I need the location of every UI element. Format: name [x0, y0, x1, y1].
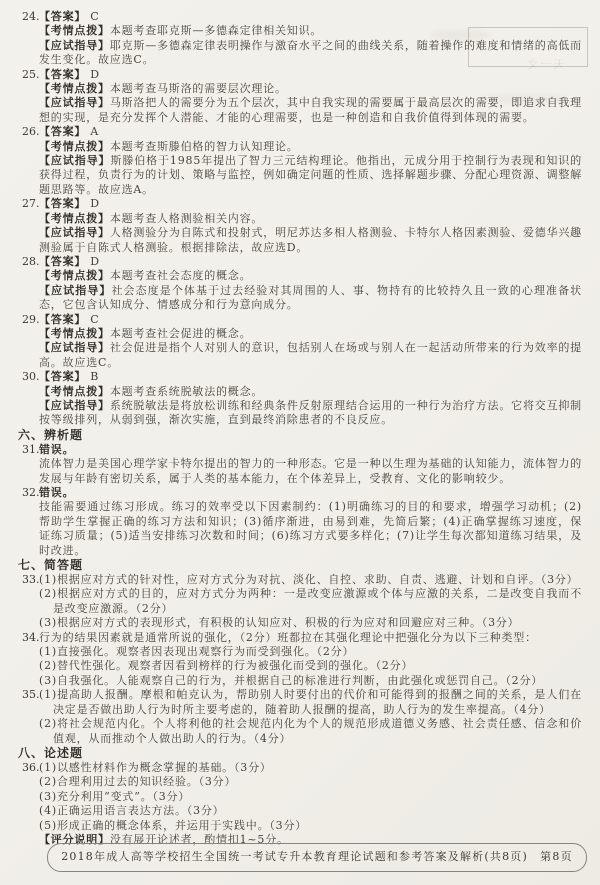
answer-label: 【答案】: [39, 313, 86, 326]
answer-intro: 行为的结果因素就是通常所说的强化，（2分）班都拉在其强化理论中把强化分为以下三种…: [39, 631, 582, 645]
answer-point: (2)替代性强化。观察者因看到榜样的行为被强化而受到的强化。（2分）: [39, 659, 582, 673]
answer-point: (2)根据应对方式的目的，应对方式分为两种：一是改变应激源或个体与应激的关系，二…: [39, 587, 582, 616]
answer-label: 【答案】: [39, 255, 86, 268]
kaoqing-text: 本题考查斯滕伯格的智力认知理论。: [110, 140, 299, 153]
answer-point: (3)充分利用“变式”。（3分）: [39, 790, 582, 804]
scanned-answer-page: 天一文 24.【答案】C 【考情点拨】本题考查耶克斯—多德森定律相关知识。 【应…: [0, 0, 600, 885]
yingshi-text: 人格测验分为自陈式和投射式，明尼苏达多相人格测验、卡特尔人格因素测验、爱德华兴趣…: [39, 226, 582, 253]
kaoqing-text: 本题考查耶克斯—多德森定律相关知识。: [110, 24, 322, 37]
answer-label: 【答案】: [39, 68, 86, 81]
yingshi-label: 【应试指导】: [39, 154, 110, 167]
answer-item-29: 29.【答案】C 【考情点拨】本题考查社会促进的概念。 【应试指导】社会促进是指…: [22, 313, 582, 371]
question-number: 24.: [22, 10, 40, 24]
question-number: 34.: [22, 631, 40, 645]
answer-point: (1)直接强化。观察者因表现出观察行为而受到强化。（2分）: [39, 645, 582, 659]
question-number: 33.: [22, 573, 40, 587]
answer-label: 【答案】: [39, 10, 86, 23]
yingshi-text: 社会态度是个体基于过去经验对其周围的人、事、物持有的比较持久且一致的心理准备状态…: [39, 284, 582, 311]
answer-point: (5)形成正确的概念体系，并运用于实践中。（3分）: [39, 819, 582, 833]
kaoqing-label: 【考情点拨】: [39, 82, 110, 95]
answer-label: 【答案】: [39, 197, 86, 210]
yingshi-label: 【应试指导】: [39, 226, 110, 239]
question-number: 35.: [22, 688, 40, 702]
kaoqing-label: 【考情点拨】: [39, 24, 110, 37]
answer-label: 【答案】: [39, 125, 86, 138]
answer-item-24: 24.【答案】C 【考情点拨】本题考查耶克斯—多德森定律相关知识。 【应试指导】…: [22, 10, 582, 68]
answer-point: (2)合理利用过去的知识经验。（3分）: [39, 775, 582, 789]
question-number: 31.: [22, 443, 40, 457]
jianda-item-33: 33. (1)根据应对方式的针对性，应对方式分为对抗、淡化、自控、求助、自责、逃…: [22, 573, 582, 631]
answer-letter: B: [90, 370, 99, 383]
question-number: 25.: [22, 68, 40, 82]
answer-letter: C: [90, 313, 99, 326]
answer-letter: D: [90, 255, 100, 268]
yingshi-label: 【应试指导】: [39, 399, 110, 412]
kaoqing-label: 【考情点拨】: [39, 212, 110, 225]
yingshi-label: 【应试指导】: [39, 96, 110, 109]
answers-content: 24.【答案】C 【考情点拨】本题考查耶克斯—多德森定律相关知识。 【应试指导】…: [0, 0, 600, 847]
answer-point: (1)提高助人报酬。摩根和帕克认为，帮助别人时要付出的代价和可能得到的报酬之间的…: [39, 688, 582, 717]
explanation-text: 流体智力是美国心理学家卡特尔提出的智力的一种形态。它是一种以生理为基础的认知能力…: [39, 457, 582, 486]
kaoqing-label: 【考情点拨】: [39, 327, 110, 340]
answer-label: 【答案】: [39, 370, 86, 383]
question-number: 29.: [22, 313, 40, 327]
answer-point: (1)以感性材料作为概念掌握的基础。（3分）: [39, 761, 582, 775]
yingshi-text: 斯滕伯格于1985年提出了智力三元结构理论。他指出，元成分用于控制行为表现和知识…: [39, 154, 582, 196]
kaoqing-text: 本题考查社会态度的概念。: [110, 269, 252, 282]
question-number: 32.: [22, 486, 40, 500]
question-number: 27.: [22, 197, 40, 211]
yingshi-text: 马斯洛把人的需要分为五个层次，其中自我实现的需要属于最高层次的需要，即追求自我理…: [39, 96, 582, 123]
answer-item-28: 28.【答案】D 【考情点拨】本题考查社会态度的概念。 【应试指导】社会态度是个…: [22, 255, 582, 313]
verdict-text: 错误。: [39, 486, 74, 499]
yingshi-text: 耶克斯—多德森定律表明操作与激奋水平之间的曲线关系，随着操作的难度和情绪的高低而…: [39, 39, 582, 66]
yingshi-label: 【应试指导】: [39, 341, 110, 354]
kaoqing-label: 【考情点拨】: [39, 269, 110, 282]
question-number: 26.: [22, 125, 40, 139]
kaoqing-text: 本题考查社会促进的概念。: [110, 327, 252, 340]
kaoqing-text: 本题考查马斯洛的需要层次理论。: [110, 82, 287, 95]
section-title-jianda: 七、简答题: [18, 558, 582, 573]
answer-point: (3)根据应对方式的表现形式，有积极的认知应对、积极的行为应对和回避应对三种。（…: [39, 616, 582, 630]
yingshi-text: 系统脱敏法是将放松训练和经典条件反射原理结合运用的一种行为治疗方法。它将交互抑制…: [39, 399, 582, 426]
answer-item-27: 27.【答案】D 【考情点拨】本题考查人格测验相关内容。 【应试指导】人格测验分…: [22, 197, 582, 255]
bianxi-item-31: 31.错误。 流体智力是美国心理学家卡特尔提出的智力的一种形态。它是一种以生理为…: [22, 443, 582, 486]
question-number: 30.: [22, 370, 40, 384]
answer-item-26: 26.【答案】A 【考情点拨】本题考查斯滕伯格的智力认知理论。 【应试指导】斯滕…: [22, 125, 582, 197]
footer-title-text: 2018年成人高等学校招生全国统一考试专升本教育理论试题和参考答案及解析(共8页…: [61, 850, 573, 864]
yingshi-label: 【应试指导】: [39, 39, 110, 52]
section-title-bianxi: 六、辨析题: [18, 428, 582, 443]
answer-letter: D: [90, 197, 100, 210]
question-number: 36.: [22, 761, 40, 775]
yingshi-text: 社会促进是指个人对别人的意识，包括别人在场或与别人在一起活动所带来的行为效率的提…: [39, 341, 582, 368]
answer-item-30: 30.【答案】B 【考情点拨】本题考查系统脱敏法的概念。 【应试指导】系统脱敏法…: [22, 370, 582, 428]
answer-letter: A: [90, 125, 99, 138]
kaoqing-label: 【考情点拨】: [39, 140, 110, 153]
page-footer-box: 2018年成人高等学校招生全国统一考试专升本教育理论试题和参考答案及解析(共8页…: [47, 843, 587, 872]
yingshi-label: 【应试指导】: [39, 284, 111, 297]
answer-letter: C: [90, 10, 99, 23]
jianda-item-34: 34. 行为的结果因素就是通常所说的强化，（2分）班都拉在其强化理论中把强化分为…: [22, 631, 582, 689]
answer-item-25: 25.【答案】D 【考情点拨】本题考查马斯洛的需要层次理论。 【应试指导】马斯洛…: [22, 68, 582, 126]
answer-point: (4)正确运用语言表达方法。（3分）: [39, 804, 582, 818]
explanation-text: 技能需要通过练习形成。练习的效率受以下因素制约：(1)明确练习的目的和要求，增强…: [39, 500, 582, 558]
kaoqing-text: 本题考查人格测验相关内容。: [110, 212, 263, 225]
kaoqing-text: 本题考查系统脱敏法的概念。: [110, 385, 263, 398]
section-title-lunshu: 八、论述题: [18, 746, 582, 761]
jianda-item-35: 35. (1)提高助人报酬。摩根和帕克认为，帮助别人时要付出的代价和可能得到的报…: [22, 688, 582, 746]
lunshu-item-36: 36. (1)以感性材料作为概念掌握的基础。（3分） (2)合理利用过去的知识经…: [22, 761, 582, 847]
answer-point: (3)自我强化。人能观察自己的行为，并根据自己的标准进行判断，由此强化或惩罚自己…: [39, 674, 582, 688]
answer-letter: D: [90, 68, 100, 81]
answer-point: (2)将社会规范内化。个人将利他的社会规范内化为个人的规范形成道德义务感、社会责…: [39, 717, 582, 746]
answer-point: (1)根据应对方式的针对性，应对方式分为对抗、淡化、自控、求助、自责、逃避、计划…: [39, 573, 582, 587]
kaoqing-label: 【考情点拨】: [39, 385, 110, 398]
verdict-text: 错误。: [39, 443, 74, 456]
bianxi-item-32: 32.错误。 技能需要通过练习形成。练习的效率受以下因素制约：(1)明确练习的目…: [22, 486, 582, 558]
question-number: 28.: [22, 255, 40, 269]
